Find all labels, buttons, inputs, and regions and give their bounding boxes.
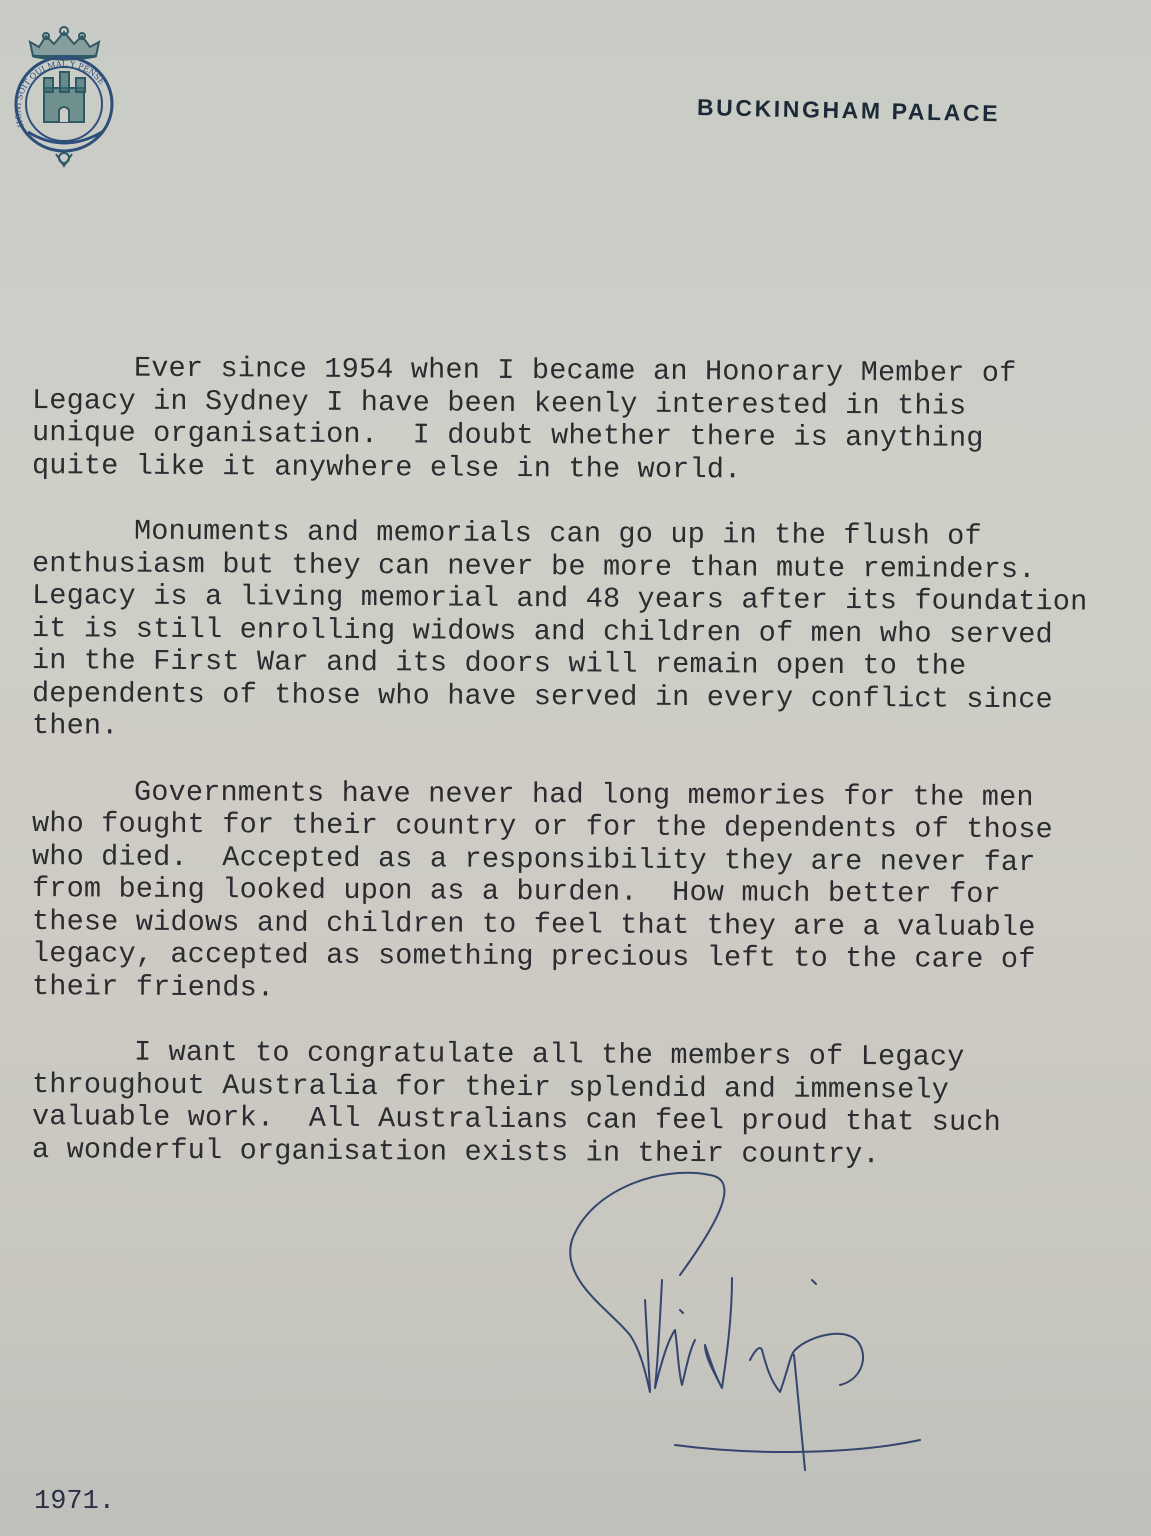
letter-date: 1971. [34,1487,115,1517]
paragraph-1: Ever since 1954 when I became an Honorar… [32,352,1151,482]
text-line: their friends. [32,971,1151,1010]
paragraph-2: Monuments and memorials can go up in the… [32,515,1151,743]
letter-page: HONI SOIT QUI MAL Y PENSE BUCKINGHAM PAL… [0,0,1151,1536]
signature-philip: Philip [550,1160,950,1500]
paragraph-3: Governments have never had long memories… [32,776,1151,1004]
text-line: quite like it anywhere else in the world… [32,450,1151,489]
text-line: then. [32,710,1151,749]
royal-crest-icon: HONI SOIT QUI MAL Y PENSE [6,14,126,169]
letter-body: Ever since 1954 when I became an Honorar… [32,352,1151,1199]
letterhead-title: BUCKINGHAM PALACE [697,94,1001,127]
paragraph-4: I want to congratulate all the members o… [32,1036,1151,1166]
